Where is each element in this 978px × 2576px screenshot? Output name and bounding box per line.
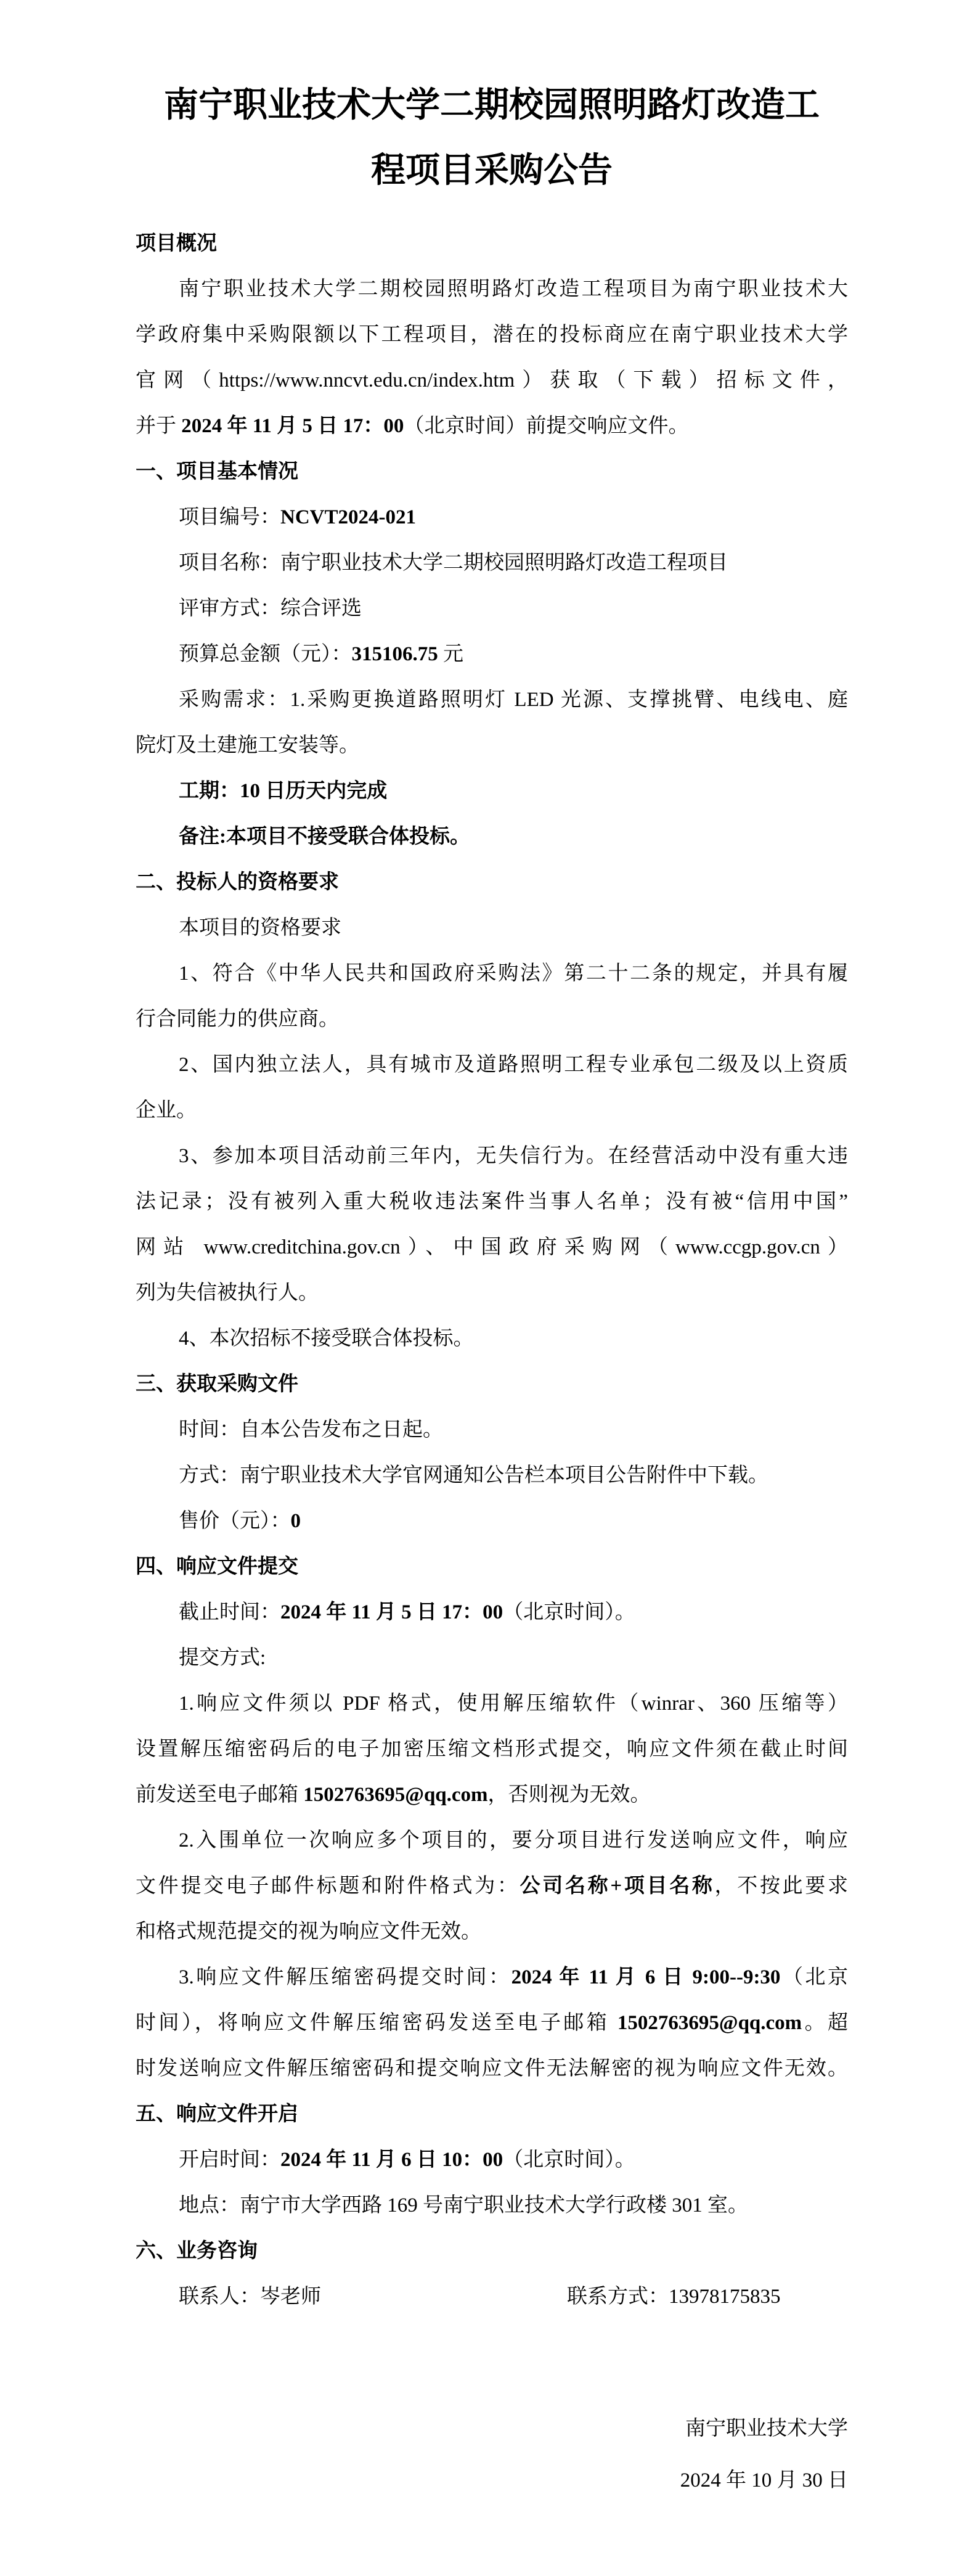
- text-segment: 提交方式:: [179, 1647, 266, 1669]
- text-line: 提交方式:: [136, 1635, 848, 1681]
- bold-text-segment: 1502763695@qq.com: [617, 2012, 802, 2034]
- text-segment: 六、业务咨询: [136, 2240, 258, 2262]
- text-segment: 项目名称：南宁职业技术大学二期校园照明路灯改造工程项目: [179, 552, 728, 574]
- contact-person: 联系人：岑老师: [179, 2274, 321, 2320]
- text-segment: 预算总金额（元）：: [179, 643, 352, 665]
- text-line: 法记录；没有被列入重大税收违法案件当事人名单；没有被“信用中国”: [136, 1179, 848, 1224]
- contact-phone: 联系方式：13978175835: [567, 2274, 781, 2320]
- text-line: 学政府集中采购限额以下工程项目，潜在的投标商应在南宁职业技术大学: [136, 312, 848, 358]
- text-segment: 和格式规范提交的视为响应文件无效。: [136, 1921, 481, 1943]
- text-segment: 并于: [136, 415, 181, 437]
- text-line: 院灯及土建施工安装等。: [136, 723, 848, 768]
- text-segment: 本项目的资格要求: [179, 917, 341, 939]
- text-segment: 方式：南宁职业技术大学官网通知公告栏本项目公告附件中下载。: [179, 1464, 768, 1487]
- title-line-2: 程项目采购公告: [136, 138, 848, 203]
- text-segment: 1、符合《中华人民共和国政府采购法》第二十二条的规定，并具有履: [179, 962, 848, 985]
- text-segment: 。超: [802, 2012, 848, 2034]
- text-segment: 项目概况: [136, 232, 217, 255]
- text-segment: 行合同能力的供应商。: [136, 1008, 339, 1030]
- text-line: 前发送至电子邮箱 1502763695@qq.com，否则视为无效。: [136, 1772, 848, 1818]
- bold-text-segment: 备注:本项目不接受联合体投标。: [179, 826, 470, 848]
- text-segment: 3、参加本项目活动前三年内，无失信行为。在经营活动中没有重大违: [179, 1145, 848, 1167]
- bold-text-segment: 2024 年 11 月 6 日 10：00: [280, 2149, 503, 2171]
- bold-text-segment: 公司名称+项目名称: [520, 1875, 715, 1897]
- text-segment: 采购需求：1.采购更换道路照明灯 LED 光源、支撑挑臂、电线电、庭: [179, 689, 848, 711]
- bold-text-segment: NCVT2024-021: [280, 506, 416, 528]
- text-segment: 时间：自本公告发布之日起。: [179, 1419, 443, 1441]
- bold-text-segment: 2024 年 11 月 5 日 17：00: [280, 1601, 503, 1623]
- text-segment: （北京时间）。: [503, 2149, 635, 2171]
- text-line: 工期：10 日历天内完成: [136, 768, 848, 814]
- text-line: 项目名称：南宁职业技术大学二期校园照明路灯改造工程项目: [136, 540, 848, 586]
- text-segment: 元: [438, 643, 463, 665]
- text-segment: ，否则视为无效。: [488, 1784, 651, 1806]
- text-segment: 设置解压缩密码后的电子加密压缩文档形式提交，响应文件须在截止时间: [136, 1738, 848, 1760]
- text-segment: 三、获取采购文件: [136, 1373, 298, 1395]
- text-segment: 学政府集中采购限额以下工程项目，潜在的投标商应在南宁职业技术大学: [136, 324, 848, 346]
- text-segment: 院灯及土建施工安装等。: [136, 734, 359, 757]
- title-line-1: 南宁职业技术大学二期校园照明路灯改造工: [136, 73, 848, 138]
- section-heading: 三、获取采购文件: [136, 1361, 848, 1407]
- document-title: 南宁职业技术大学二期校园照明路灯改造工 程项目采购公告: [136, 73, 848, 203]
- section-heading: 一、项目基本情况: [136, 449, 848, 494]
- text-line: 地点：南宁市大学西路 169 号南宁职业技术大学行政楼 301 室。: [136, 2183, 848, 2228]
- document-body: 项目概况南宁职业技术大学二期校园照明路灯改造工程项目为南宁职业技术大学政府集中采…: [136, 221, 848, 2274]
- document-page: 南宁职业技术大学二期校园照明路灯改造工 程项目采购公告 项目概况南宁职业技术大学…: [0, 0, 978, 2576]
- text-segment: 3.响应文件解压缩密码提交时间：: [179, 1966, 511, 1988]
- text-segment: （北京: [780, 1966, 848, 1988]
- text-line: 网站 www.creditchina.gov.cn）、中国政府采购网（www.c…: [136, 1224, 848, 1270]
- text-line: 企业。: [136, 1088, 848, 1133]
- text-line: 1.响应文件须以 PDF 格式，使用解压缩软件（winrar、360 压缩等）: [136, 1681, 848, 1726]
- text-segment: （北京时间）前提交响应文件。: [404, 415, 688, 437]
- text-segment: 五、响应文件开启: [136, 2103, 298, 2125]
- text-segment: ，不按此要求: [715, 1875, 848, 1897]
- text-segment: 一、项目基本情况: [136, 461, 298, 483]
- text-segment: 文件提交电子邮件标题和附件格式为：: [136, 1875, 520, 1897]
- text-line: 备注:本项目不接受联合体投标。: [136, 814, 848, 859]
- section-heading: 六、业务咨询: [136, 2228, 848, 2274]
- text-line: 售价（元）：0: [136, 1498, 848, 1544]
- text-line: 官网（https://www.nncvt.edu.cn/index.htm）获取…: [136, 358, 848, 403]
- text-segment: 售价（元）：: [179, 1510, 291, 1532]
- section-heading: 项目概况: [136, 221, 848, 266]
- text-line: 开启时间：2024 年 11 月 6 日 10：00（北京时间）。: [136, 2137, 848, 2183]
- text-segment: 1.响应文件须以 PDF 格式，使用解压缩软件（winrar、360 压缩等）: [179, 1692, 848, 1715]
- text-segment: （北京时间）。: [503, 1601, 635, 1623]
- text-line: 方式：南宁职业技术大学官网通知公告栏本项目公告附件中下载。: [136, 1453, 848, 1498]
- signature-block: 南宁职业技术大学 2024 年 10 月 30 日: [136, 2406, 848, 2503]
- issuer-name: 南宁职业技术大学: [136, 2406, 848, 2451]
- text-line: 和格式规范提交的视为响应文件无效。: [136, 1909, 848, 1955]
- text-segment: 企业。: [136, 1099, 197, 1122]
- text-segment: 4、本次招标不接受联合体投标。: [179, 1327, 474, 1350]
- text-segment: 截止时间：: [179, 1601, 280, 1623]
- text-line: 设置解压缩密码后的电子加密压缩文档形式提交，响应文件须在截止时间: [136, 1726, 848, 1772]
- text-line: 并于 2024 年 11 月 5 日 17：00（北京时间）前提交响应文件。: [136, 403, 848, 449]
- text-segment: 前发送至电子邮箱: [136, 1784, 303, 1806]
- text-segment: 二、投标人的资格要求: [136, 871, 339, 893]
- section-heading: 五、响应文件开启: [136, 2091, 848, 2137]
- text-segment: 四、响应文件提交: [136, 1556, 298, 1578]
- text-segment: 列为失信被执行人。: [136, 1282, 319, 1304]
- text-line: 1、符合《中华人民共和国政府采购法》第二十二条的规定，并具有履: [136, 951, 848, 996]
- text-line: 文件提交电子邮件标题和附件格式为：公司名称+项目名称，不按此要求: [136, 1863, 848, 1909]
- text-line: 时间：自本公告发布之日起。: [136, 1407, 848, 1453]
- text-segment: 项目编号：: [179, 506, 280, 528]
- text-line: 截止时间：2024 年 11 月 5 日 17：00（北京时间）。: [136, 1589, 848, 1635]
- text-line: 3、参加本项目活动前三年内，无失信行为。在经营活动中没有重大违: [136, 1133, 848, 1179]
- text-segment: 南宁职业技术大学二期校园照明路灯改造工程项目为南宁职业技术大: [179, 278, 848, 300]
- text-segment: 评审方式：综合评选: [179, 597, 362, 620]
- text-segment: 时间），将响应文件解压缩密码发送至电子邮箱: [136, 2012, 617, 2034]
- text-segment: 时发送响应文件解压缩密码和提交响应文件无法解密的视为响应文件无效。: [136, 2057, 848, 2080]
- text-line: 项目编号：NCVT2024-021: [136, 494, 848, 540]
- section-heading: 四、响应文件提交: [136, 1544, 848, 1589]
- text-segment: 网站 www.creditchina.gov.cn）、中国政府采购网（www.c…: [136, 1236, 848, 1258]
- text-segment: 开启时间：: [179, 2149, 280, 2171]
- bold-text-segment: 工期：10 日历天内完成: [179, 780, 387, 802]
- text-segment: 法记录；没有被列入重大税收违法案件当事人名单；没有被“信用中国”: [136, 1191, 848, 1213]
- text-segment: 2、国内独立法人，具有城市及道路照明工程专业承包二级及以上资质: [179, 1054, 848, 1076]
- bold-text-segment: 1502763695@qq.com: [303, 1784, 487, 1806]
- bold-text-segment: 315106.75: [352, 643, 438, 665]
- text-line: 2.入围单位一次响应多个项目的，要分项目进行发送响应文件，响应: [136, 1818, 848, 1863]
- bold-text-segment: 2024 年 11 月 5 日 17：00: [181, 415, 404, 437]
- text-line: 4、本次招标不接受联合体投标。: [136, 1316, 848, 1361]
- bold-text-segment: 0: [291, 1510, 301, 1532]
- text-segment: 2.入围单位一次响应多个项目的，要分项目进行发送响应文件，响应: [179, 1829, 848, 1852]
- issue-date: 2024 年 10 月 30 日: [136, 2458, 848, 2503]
- text-line: 时间），将响应文件解压缩密码发送至电子邮箱 1502763695@qq.com。…: [136, 2000, 848, 2046]
- contact-row: 联系人：岑老师 联系方式：13978175835: [136, 2274, 848, 2320]
- text-segment: 官网（https://www.nncvt.edu.cn/index.htm）获取…: [136, 369, 848, 392]
- text-line: 3.响应文件解压缩密码提交时间：2024 年 11 月 6 日 9:00--9:…: [136, 1955, 848, 2000]
- text-line: 南宁职业技术大学二期校园照明路灯改造工程项目为南宁职业技术大: [136, 266, 848, 312]
- text-line: 时发送响应文件解压缩密码和提交响应文件无法解密的视为响应文件无效。: [136, 2046, 848, 2091]
- text-line: 评审方式：综合评选: [136, 586, 848, 631]
- section-heading: 二、投标人的资格要求: [136, 859, 848, 905]
- text-line: 本项目的资格要求: [136, 905, 848, 951]
- text-line: 采购需求：1.采购更换道路照明灯 LED 光源、支撑挑臂、电线电、庭: [136, 677, 848, 723]
- text-segment: 地点：南宁市大学西路 169 号南宁职业技术大学行政楼 301 室。: [179, 2194, 748, 2217]
- text-line: 列为失信被执行人。: [136, 1270, 848, 1316]
- text-line: 2、国内独立法人，具有城市及道路照明工程专业承包二级及以上资质: [136, 1042, 848, 1088]
- text-line: 预算总金额（元）：315106.75 元: [136, 631, 848, 677]
- text-line: 行合同能力的供应商。: [136, 996, 848, 1042]
- bold-text-segment: 2024 年 11 月 6 日 9:00--9:30: [511, 1966, 781, 1988]
